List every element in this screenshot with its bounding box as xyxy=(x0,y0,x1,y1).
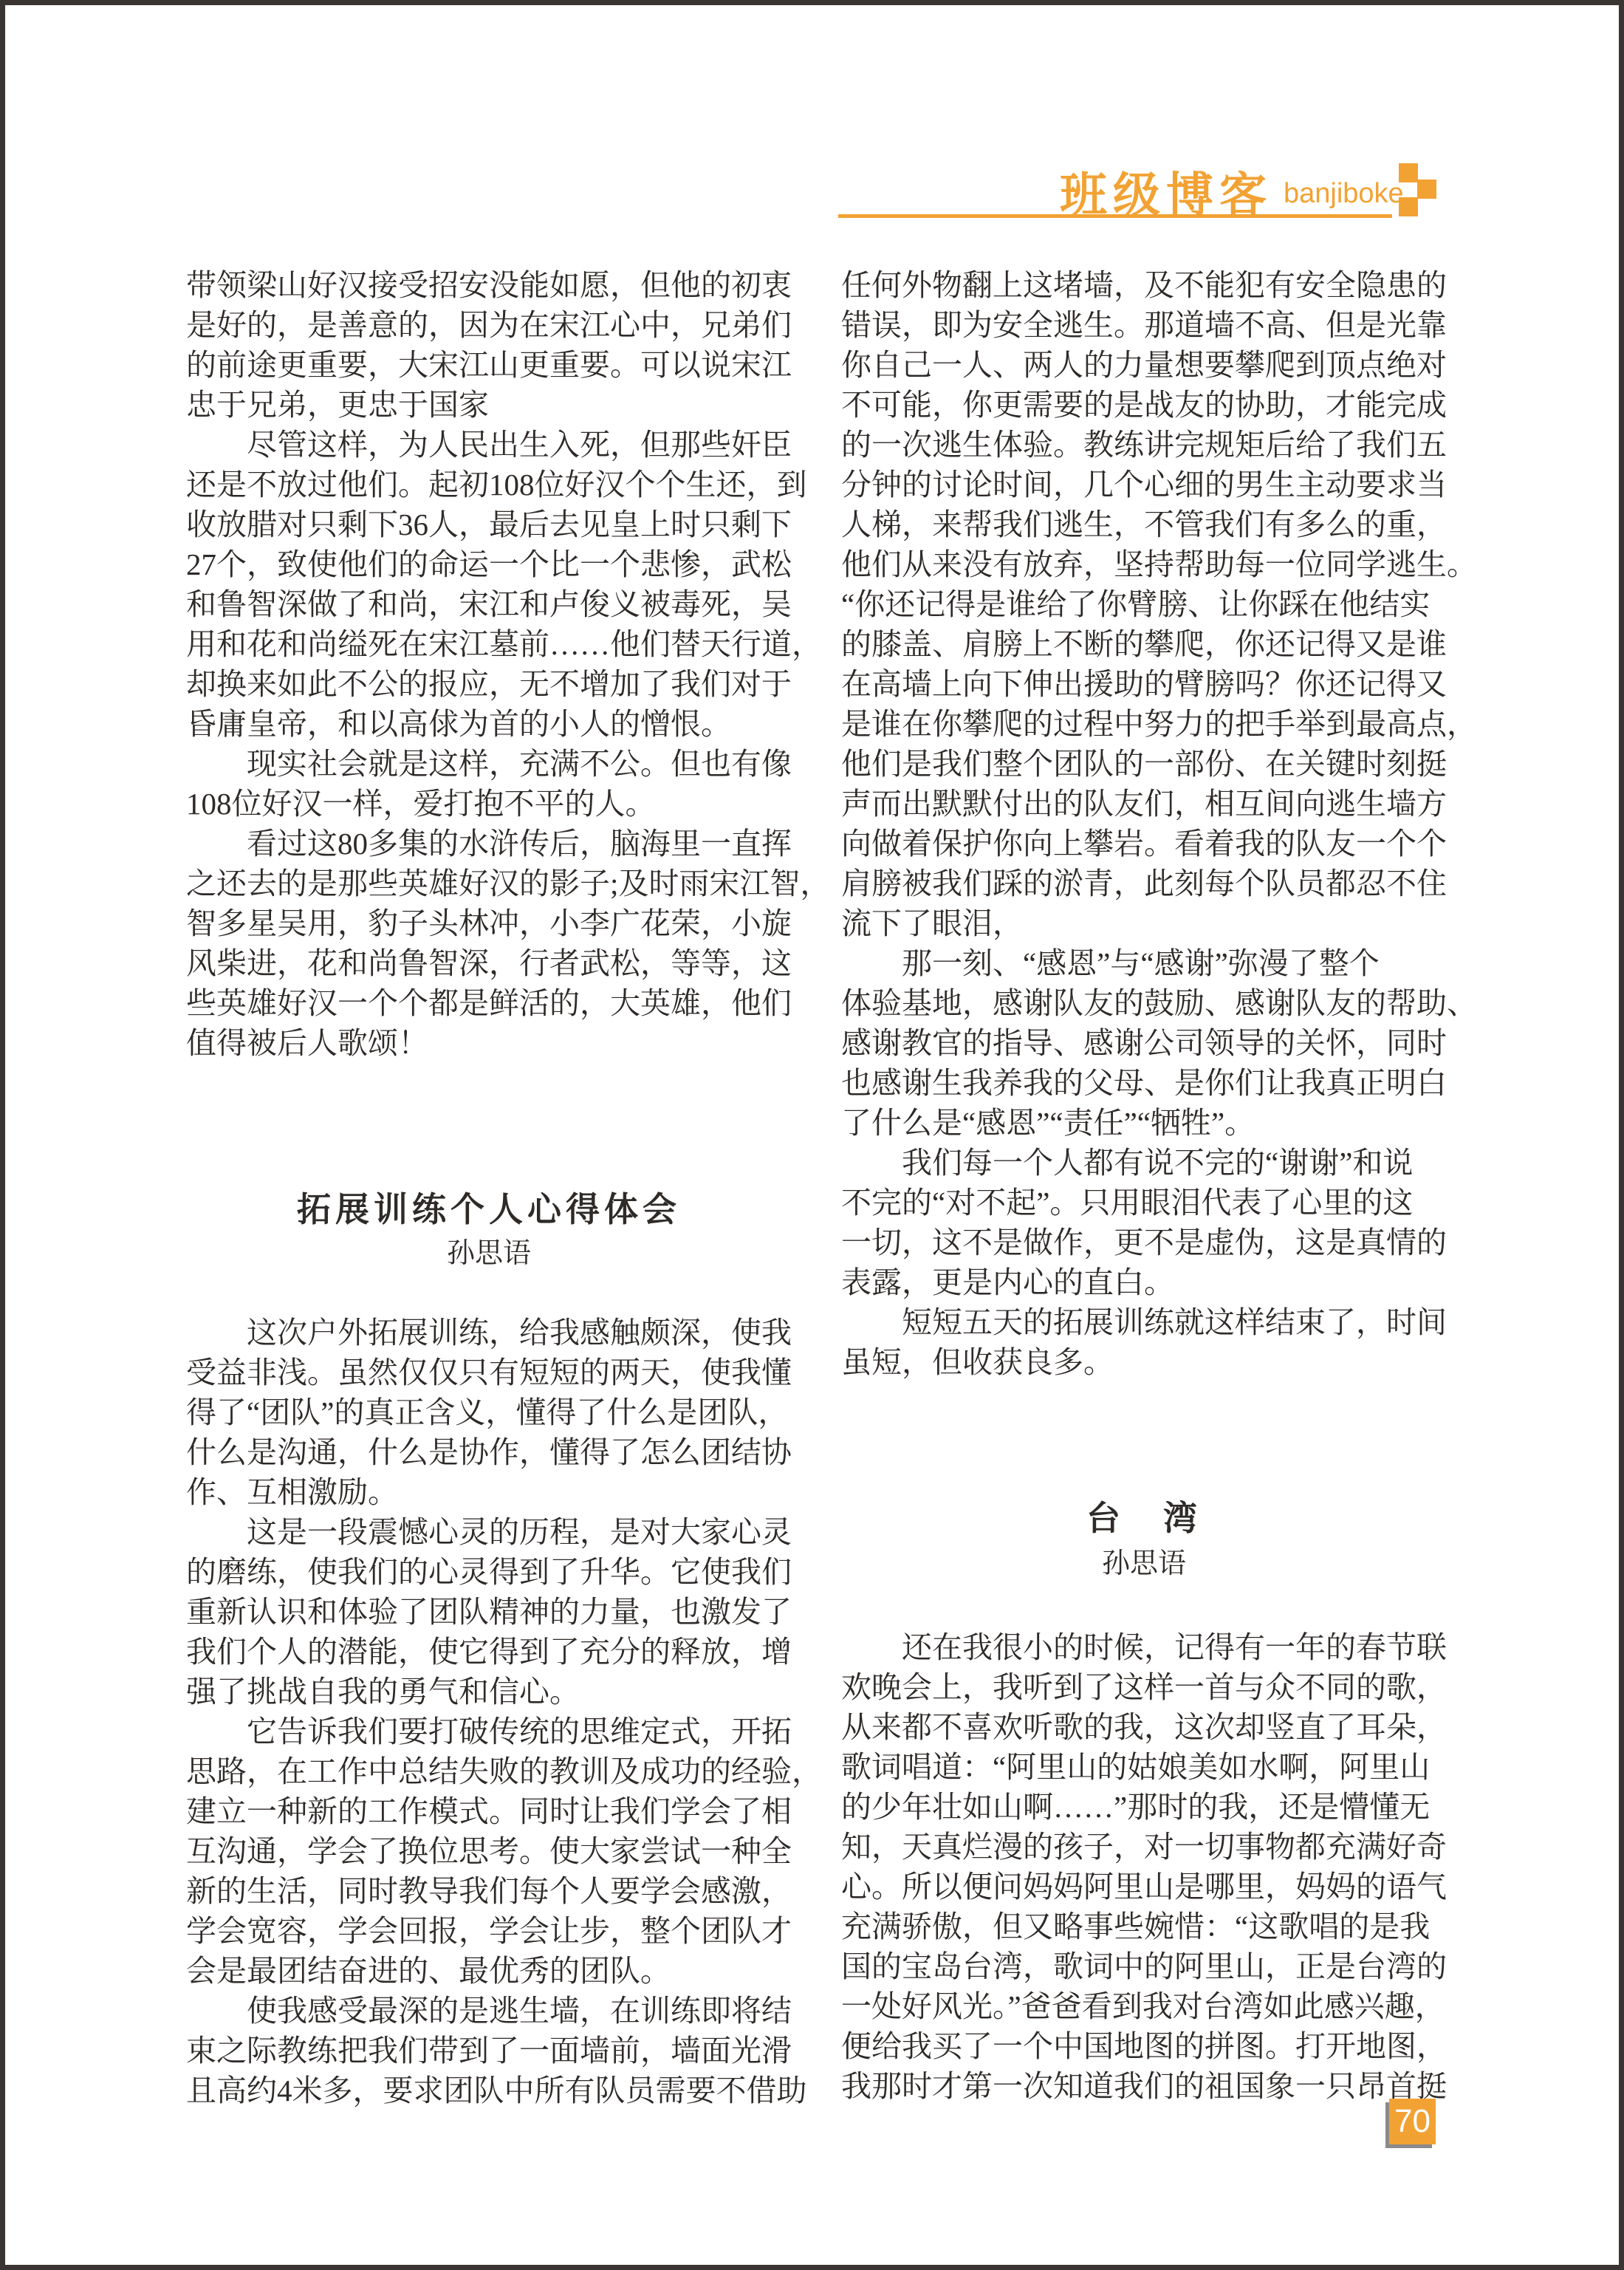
text-line: 也感谢生我养我的父母、是你们让我真正明白 xyxy=(841,1063,1447,1103)
magazine-page: 班级博客 banjiboke 带领梁山好汉接受招安没能如愿，但他的初衷是好的，是… xyxy=(0,0,1624,2270)
text-line: 值得被后人歌颂！ xyxy=(186,1023,792,1063)
article-title-taiwan: 台 湾 xyxy=(841,1497,1447,1540)
text-line: 束之际教练把我们带到了一面墙前，墙面光滑 xyxy=(186,2031,792,2071)
text-line: 不完的“对不起”。只用眼泪代表了心里的这 xyxy=(841,1183,1447,1223)
text-line: 是谁在你攀爬的过程中努力的把手举到最高点， xyxy=(841,704,1447,744)
text-line: 感谢教官的指导、感谢公司领导的关怀，同时 xyxy=(841,1023,1447,1063)
text-line: 那一刻、“感恩”与“感谢”弥漫了整个 xyxy=(841,943,1447,983)
decorative-square xyxy=(1399,163,1418,182)
text-line: 我们每一个人都有说不完的“谢谢”和说 xyxy=(841,1143,1447,1183)
left-article-tuozhan-text: 这次户外拓展训练，给我感触颇深，使我受益非浅。虽然仅仅只有短短的两天，使我懂得了… xyxy=(186,1313,792,2110)
text-line: 这是一段震憾心灵的历程，是对大家心灵 xyxy=(186,1512,792,1552)
text-line: 带领梁山好汉接受招安没能如愿，但他的初衷 xyxy=(186,265,792,305)
text-line: 表露，更是内心的直白。 xyxy=(841,1262,1447,1302)
text-line: 我那时才第一次知道我们的祖国象一只昂首挺 xyxy=(841,2066,1447,2106)
page-number-badge: 70 xyxy=(1389,2099,1436,2144)
text-line: 心。所以便问妈妈阿里山是哪里，妈妈的语气 xyxy=(841,1867,1447,1907)
text-line: 肩膀被我们踩的淤青，此刻每个队员都忍不住 xyxy=(841,864,1447,903)
text-line: 国的宝岛台湾，歌词中的阿里山，正是台湾的 xyxy=(841,1946,1447,1986)
text-line: 我们个人的潜能，使它得到了充分的释放，增 xyxy=(186,1632,792,1672)
text-line: 他们是我们整个团队的一部份、在关键时刻挺 xyxy=(841,744,1447,784)
text-line: 互沟通，学会了换位思考。使大家尝试一种全 xyxy=(186,1831,792,1871)
article-title-tuozhan: 拓展训练个人心得体会 xyxy=(186,1189,792,1231)
text-line: 尽管这样，为人民出生入死，但那些奸臣 xyxy=(186,425,792,465)
text-line: 分钟的讨论时间，几个心细的男生主动要求当 xyxy=(841,465,1447,505)
text-line: 从来都不喜欢听歌的我，这次却竖直了耳朵， xyxy=(841,1707,1447,1747)
text-line: 108位好汉一样，爱打抱不平的人。 xyxy=(186,784,792,824)
right-article-tuozhan-continued-text: 任何外物翻上这堵墙，及不能犯有安全隐患的错误，即为安全逃生。那道墙不高、但是光靠… xyxy=(841,265,1447,1382)
text-line: 什么是沟通，什么是协作，懂得了怎么团结协 xyxy=(186,1432,792,1472)
text-line: 学会宽容，学会回报，学会让步，整个团队才 xyxy=(186,1911,792,1951)
text-line: 收放腊对只剩下36人，最后去见皇上时只剩下 xyxy=(186,505,792,544)
text-line: 新的生活，同时教导我们每个人要学会感激， xyxy=(186,1871,792,1911)
text-line: 忠于兄弟，更忠于国家 xyxy=(186,385,792,425)
text-line: 的一次逃生体验。教练讲完规矩后给了我们五 xyxy=(841,425,1447,465)
text-line: 27个，致使他们的命运一个比一个悲惨，武松 xyxy=(186,544,792,584)
text-line: 还是不放过他们。起初108位好汉个个生还，到 xyxy=(186,465,792,505)
right-article-taiwan-text: 还在我很小的时候，记得有一年的春节联欢晚会上，我听到了这样一首与众不同的歌，从来… xyxy=(841,1627,1447,2106)
text-line: 思路，在工作中总结失败的教训及成功的经验， xyxy=(186,1751,792,1791)
text-line: 一切，这不是做作，更不是虚伪，这是真情的 xyxy=(841,1223,1447,1262)
text-line: 却换来如此不公的报应，无不增加了我们对于 xyxy=(186,664,792,704)
decorative-square xyxy=(1417,180,1436,199)
text-line: 这次户外拓展训练，给我感触颇深，使我 xyxy=(186,1313,792,1353)
text-line: 虽短，但收获良多。 xyxy=(841,1342,1447,1382)
text-line: 的少年壮如山啊……”那时的我，还是懵懂无 xyxy=(841,1787,1447,1827)
text-line: 得了“团队”的真正含义，懂得了什么是团队， xyxy=(186,1392,792,1432)
text-line: 它告诉我们要打破传统的思维定式，开拓 xyxy=(186,1712,792,1751)
text-line: 人梯，来帮我们逃生，不管我们有多么的重， xyxy=(841,505,1447,544)
text-line: 使我感受最深的是逃生墙，在训练即将结 xyxy=(186,1991,792,2031)
left-column: 带领梁山好汉接受招安没能如愿，但他的初衷是好的，是善意的，因为在宋江心中，兄弟们… xyxy=(186,265,792,2110)
text-line: 体验基地，感谢队友的鼓励、感谢队友的帮助、 xyxy=(841,983,1447,1023)
text-line: 昏庸皇帝，和以高俅为首的小人的憎恨。 xyxy=(186,704,792,744)
text-line: 些英雄好汉一个个都是鲜活的，大英雄，他们 xyxy=(186,983,792,1023)
text-line: 流下了眼泪， xyxy=(841,903,1447,943)
text-line: 错误，即为安全逃生。那道墙不高、但是光靠 xyxy=(841,305,1447,345)
text-line: 且高约4米多，要求团队中所有队员需要不借助 xyxy=(186,2071,792,2110)
text-line: 是好的，是善意的，因为在宋江心中，兄弟们 xyxy=(186,305,792,345)
text-line: 受益非浅。虽然仅仅只有短短的两天，使我懂 xyxy=(186,1353,792,1392)
text-line: 用和花和尚缢死在宋江墓前……他们替天行道， xyxy=(186,624,792,664)
text-line: 一处好风光。”爸爸看到我对台湾如此感兴趣， xyxy=(841,1986,1447,2026)
text-line: 智多星吴用，豹子头林冲，小李广花荣，小旋 xyxy=(186,903,792,943)
text-line: 他们从来没有放弃，坚持帮助每一位同学逃生。 xyxy=(841,544,1447,584)
text-line: 不可能，你更需要的是战友的协助，才能完成 xyxy=(841,385,1447,425)
text-line: 看过这80多集的水浒传后，脑海里一直挥 xyxy=(186,824,792,864)
decorative-square xyxy=(1399,197,1418,216)
header-rule-line xyxy=(838,214,1392,218)
header-subtitle: banjiboke xyxy=(1284,178,1404,210)
text-line: 你自己一人、两人的力量想要攀爬到顶点绝对 xyxy=(841,345,1447,385)
header-squares-icon xyxy=(1399,163,1437,216)
text-line: 欢晚会上，我听到了这样一首与众不同的歌， xyxy=(841,1667,1447,1707)
article-author: 孙思语 xyxy=(841,1546,1447,1582)
text-line: 短短五天的拓展训练就这样结束了，时间 xyxy=(841,1302,1447,1342)
text-line: 强了挑战自我的勇气和信心。 xyxy=(186,1672,792,1712)
text-line: 建立一种新的工作模式。同时让我们学会了相 xyxy=(186,1791,792,1831)
text-line: 歌词唱道：“阿里山的姑娘美如水啊，阿里山 xyxy=(841,1747,1447,1787)
left-article-shuihu-text: 带领梁山好汉接受招安没能如愿，但他的初衷是好的，是善意的，因为在宋江心中，兄弟们… xyxy=(186,265,792,1063)
text-line: 知，天真烂漫的孩子，对一切事物都充满好奇 xyxy=(841,1827,1447,1867)
text-line: 和鲁智深做了和尚，宋江和卢俊义被毒死，吴 xyxy=(186,584,792,624)
text-line: 声而出默默付出的队友们，相互间向逃生墙方 xyxy=(841,784,1447,824)
text-line: 之还去的是那些英雄好汉的影子;及时雨宋江智， xyxy=(186,864,792,903)
text-line: 任何外物翻上这堵墙，及不能犯有安全隐患的 xyxy=(841,265,1447,305)
text-line: 向做着保护你向上攀岩。看着我的队友一个个 xyxy=(841,824,1447,864)
text-line: 风柴进，花和尚鲁智深，行者武松，等等，这 xyxy=(186,943,792,983)
text-line: 充满骄傲，但又略事些婉惜：“这歌唱的是我 xyxy=(841,1907,1447,1946)
text-line: 在高墙上向下伸出援助的臂膀吗？你还记得又 xyxy=(841,664,1447,704)
article-author: 孙思语 xyxy=(186,1236,792,1271)
text-line: 还在我很小的时候，记得有一年的春节联 xyxy=(841,1627,1447,1667)
text-line: 会是最团结奋进的、最优秀的团队。 xyxy=(186,1951,792,1991)
right-column: 任何外物翻上这堵墙，及不能犯有安全隐患的错误，即为安全逃生。那道墙不高、但是光靠… xyxy=(841,265,1447,2106)
text-line: 的磨练，使我们的心灵得到了升华。它使我们 xyxy=(186,1552,792,1592)
text-line: 便给我买了一个中国地图的拼图。打开地图， xyxy=(841,2026,1447,2066)
text-line: 作、互相激励。 xyxy=(186,1472,792,1512)
text-line: 的前途更重要，大宋江山更重要。可以说宋江 xyxy=(186,345,792,385)
text-line: “你还记得是谁给了你臂膀、让你踩在他结实 xyxy=(841,584,1447,624)
text-line: 现实社会就是这样，充满不公。但也有像 xyxy=(186,744,792,784)
text-line: 的膝盖、肩膀上不断的攀爬，你还记得又是谁 xyxy=(841,624,1447,664)
text-line: 了什么是“感恩”“责任”“牺牲”。 xyxy=(841,1103,1447,1143)
text-line: 重新认识和体验了团队精神的力量，也激发了 xyxy=(186,1592,792,1632)
